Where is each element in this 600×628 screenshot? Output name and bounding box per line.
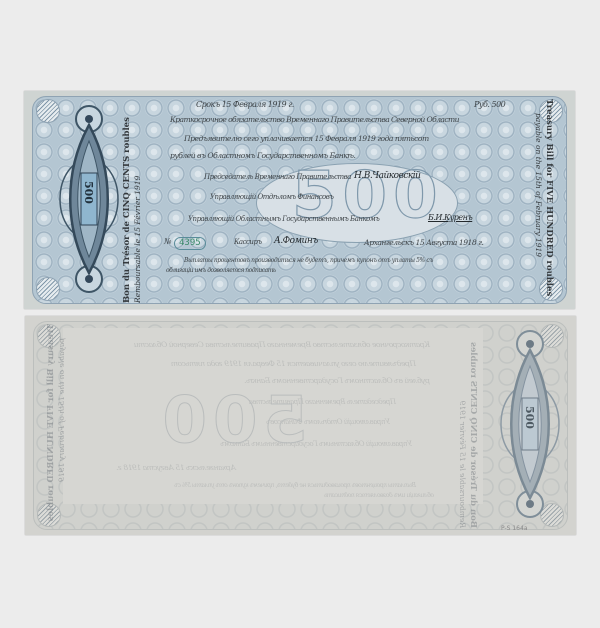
show-through-line: Краткосрочное обязательство Временнаго П… [134, 340, 430, 349]
signature-1: Н.В.Чайковскій [354, 171, 420, 181]
show-through-french-text: Remboursable le 15 Février 1919 [458, 401, 467, 528]
cashier-signature: А.Фоминъ [274, 236, 318, 246]
payment-line: Предъявителю сего уплачивается 15 Феврал… [184, 134, 429, 143]
show-through-line: Выплаты процентовъ производиться не буде… [175, 482, 416, 489]
cashier-label: Кассиръ [234, 238, 262, 246]
serial-prefix: № [164, 237, 171, 246]
english-text-line-2: payable on the 15th of February 1919 [534, 113, 543, 257]
show-through-layer: Bon du Trésor de CINQ CENTS roubles Remb… [25, 316, 576, 535]
signature-title-3: Управляющій Областнымъ Государственнымъ … [188, 215, 379, 223]
cartouche-denomination: 500 [82, 181, 95, 204]
french-text-line-2: Remboursable le 15 Février 1919 [133, 176, 142, 303]
amount-header: Руб. 500 [474, 100, 505, 109]
show-through-french-text: Bon du Trésor de CINQ CENTS roubles [468, 342, 478, 528]
show-through-english-text: Treasury Bill for FIVE HUNDRED roubles [46, 324, 56, 521]
signature-title-2: Управляющій Отдѣломъ Финансовъ [210, 193, 333, 201]
show-through-line: облигаціи имъ дозволяется подписать [324, 492, 434, 499]
note-title: Краткосрочное обязательство Временнаго П… [170, 115, 459, 124]
pencil-note: P-S 164a [501, 525, 528, 532]
french-text-line-1: Bon du Trésor de CINQ CENTS roubles [122, 117, 132, 303]
show-through-line: Архангельскъ 15 Августа 1918 г. [117, 463, 236, 472]
due-date: Срокъ 15 Февраля 1919 г. [196, 100, 294, 109]
place-date: Архангельскъ 15 Августа 1918 г. [364, 238, 483, 247]
signature-3: Б.И.Куренъ [428, 213, 472, 222]
bank-line: рублей въ Областномъ Государственномъ Ба… [170, 151, 355, 160]
show-through-line: Предъявителю сего уплачивается 15 Феврал… [171, 359, 416, 368]
show-through-watermark: 500 [156, 384, 308, 458]
footer-line-2: облигаціи имъ дозволяется подписать [166, 267, 276, 274]
footer-line-1: Выплаты процентовъ производиться не буде… [184, 257, 433, 264]
show-through-english-text: payable on the 15th of February 1919 [57, 338, 66, 482]
english-text-line-1: Treasury Bill for FIVE HUNDRED roubles [544, 99, 554, 296]
signature-title-1: Председатель Временнаго Правительства [204, 173, 351, 181]
serial-number: 4395 [174, 237, 206, 250]
banknote-front: 500 Bon du Trésor de CINQ CENTS roubles … [24, 91, 575, 309]
banknote-back: 500 Bon du Trésor de CINQ CENTS roubles … [25, 316, 576, 535]
